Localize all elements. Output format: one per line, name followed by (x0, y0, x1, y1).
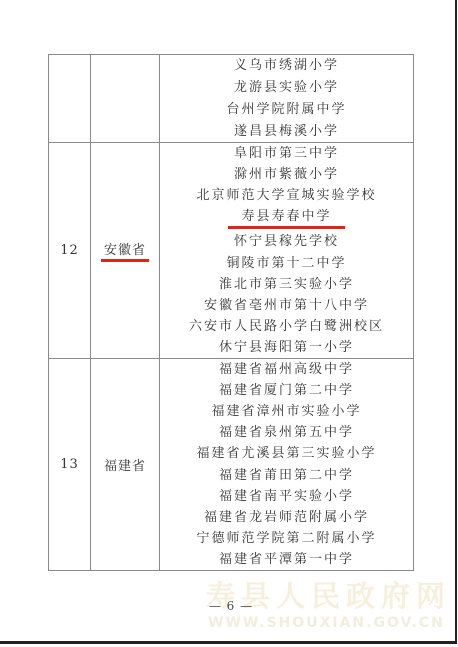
school-name: 安徽省亳州市第十八中学 (204, 297, 369, 314)
school-name: 福建省漳州市实验小学 (211, 403, 361, 420)
school-name-annotated: 寿县寿春中学 (228, 208, 344, 229)
province-name: 福建省 (104, 455, 146, 474)
school-name: 福建省平潭第一中学 (219, 551, 354, 568)
school-name: 淮北市第三实验小学 (219, 276, 354, 293)
school-name: 福建省莆田第二中学 (219, 467, 354, 484)
row-number-cell (49, 55, 91, 142)
table-section-anhui: 12 安徽省 阜阳市第三中学 滁州市紫薇小学 北京师范大学宣城实验学校 寿县寿春… (49, 142, 413, 358)
school-name: 休宁县海阳第一小学 (219, 339, 354, 356)
school-name: 福建省南平实验小学 (219, 488, 354, 505)
province-cell (91, 55, 160, 142)
school-name: 北京师范大学宣城实验学校 (196, 187, 376, 204)
school-name: 滁州市紫薇小学 (234, 166, 339, 183)
schools-cell: 福建省福州高级中学 福建省厦门第二中学 福建省漳州市实验小学 福建省泉州第五中学… (160, 359, 413, 570)
province-cell: 安徽省 (91, 143, 160, 358)
school-name: 义乌市绣湖小学 (234, 57, 339, 74)
school-name: 福建省尤溪县第三实验小学 (196, 445, 376, 462)
page-number: — 6 — (48, 599, 414, 613)
province-cell: 福建省 (91, 359, 160, 570)
scan-edge-right (455, 0, 457, 643)
scanned-document-page: { "document": { "page_number": "— 6 —", … (0, 0, 458, 647)
schools-cell: 义乌市绣湖小学 龙游县实验小学 台州学院附属中学 遂昌县梅溪小学 (160, 55, 413, 142)
school-name: 福建省厦门第二中学 (219, 382, 354, 399)
school-name: 福建省福州高级中学 (219, 361, 354, 378)
school-name: 阜阳市第三中学 (234, 145, 339, 162)
school-list-table: 义乌市绣湖小学 龙游县实验小学 台州学院附属中学 遂昌县梅溪小学 12 安徽省 … (48, 54, 414, 571)
school-name: 铜陵市第十二中学 (226, 255, 346, 272)
school-name: 福建省龙岩师范附属小学 (204, 509, 369, 526)
school-name: 龙游县实验小学 (234, 79, 339, 96)
row-number-cell: 12 (49, 143, 91, 358)
school-name: 怀宁县稼先学校 (234, 233, 339, 250)
school-name: 六安市人民路小学白鹭洲校区 (189, 318, 384, 335)
table-section-fujian: 13 福建省 福建省福州高级中学 福建省厦门第二中学 福建省漳州市实验小学 福建… (49, 358, 413, 570)
school-name: 台州学院附属中学 (226, 101, 346, 118)
table-section-continuation: 义乌市绣湖小学 龙游县实验小学 台州学院附属中学 遂昌县梅溪小学 (49, 55, 413, 142)
row-number-cell: 13 (49, 359, 91, 570)
school-name: 宁德师范学院第二附属小学 (196, 530, 376, 547)
province-name-annotated: 安徽省 (101, 239, 149, 262)
watermark-site-url: WWW.SHOUXIAN.GOV.CN (208, 615, 445, 631)
schools-cell: 阜阳市第三中学 滁州市紫薇小学 北京师范大学宣城实验学校 寿县寿春中学 怀宁县稼… (160, 143, 413, 358)
school-name: 遂昌县梅溪小学 (234, 123, 339, 140)
school-name: 福建省泉州第五中学 (219, 424, 354, 441)
scan-edge-bottom (0, 641, 457, 644)
